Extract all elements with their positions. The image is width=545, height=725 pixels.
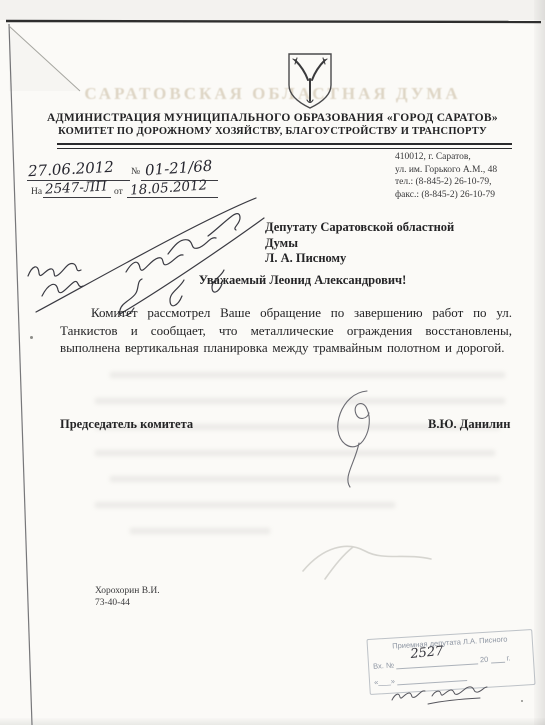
bleedthrough-line	[110, 476, 500, 482]
contact-block: 410012, г. Саратов, ул. им. Горького А.М…	[395, 151, 497, 201]
handwritten-resolution-scrawl	[22, 196, 272, 316]
saratov-coat-of-arms-icon	[278, 50, 342, 114]
signer-name: В.Ю. Данилин	[428, 417, 510, 432]
executor-name: Хорохорин В.И.	[95, 586, 160, 598]
bleedthrough-watermark-text: САРАТОВСКАЯ ОБЛАСТНАЯ ДУМА	[40, 84, 505, 104]
contact-fax: факс.: (8-845-2) 26-10-79	[395, 189, 497, 202]
recipient-block: Депутату Саратовской областной Думы Л. А…	[265, 220, 454, 267]
bleedthrough-line	[95, 502, 395, 508]
salutation: Уважаемый Леонид Александрович!	[130, 273, 475, 288]
recipient-line1: Депутату Саратовской областной	[265, 220, 454, 236]
scanner-background-strip	[0, 0, 545, 20]
body-paragraph: Комитет рассмотрел Ваше обращение по зав…	[60, 304, 512, 357]
bleedthrough-line	[95, 398, 505, 404]
stamp-year-line	[490, 654, 505, 664]
recipient-line2: Думы	[265, 236, 454, 252]
bleedthrough-signature	[295, 535, 455, 590]
bleedthrough-line	[95, 450, 495, 456]
stamp-title: Приемная депутата Л.А. Писного	[372, 633, 528, 652]
scan-speck	[521, 700, 523, 702]
signer-title: Председатель комитета	[60, 417, 193, 432]
outgoing-number-handwritten: 01-21/68	[144, 157, 212, 180]
stamp-vh-label: Вх. №	[373, 660, 394, 670]
handwritten-signature	[315, 385, 410, 490]
incoming-number-handwritten: 2547-ЛП	[45, 178, 108, 197]
org-name-line2: КОМИТЕТ ПО ДОРОЖНОМУ ХОЗЯЙСТВУ, БЛАГОУСТ…	[40, 126, 505, 137]
bleedthrough-line	[110, 372, 505, 378]
executor-phone: 73-40-44	[95, 598, 160, 610]
contact-phone: тел.: (8-845-2) 26-10-79,	[395, 176, 497, 189]
number-sign: №	[131, 167, 140, 177]
outgoing-date-handwritten: 27.06.2012	[28, 158, 115, 180]
page-bottom-edge-shadow	[0, 718, 545, 725]
contact-address-line1: 410012, г. Саратов,	[395, 151, 497, 164]
contact-address-line2: ул. им. Горького А.М., 48	[395, 164, 497, 177]
recipient-name: Л. А. Писному	[265, 251, 454, 267]
bleedthrough-line	[130, 528, 270, 534]
handwritten-note-squiggle	[388, 684, 498, 708]
stamp-year-suffix: г.	[506, 653, 510, 662]
scan-speck	[30, 336, 33, 339]
executor-block: Хорохорин В.И. 73-40-44	[95, 586, 160, 609]
page-right-edge-shadow	[534, 0, 545, 725]
scan-page-edges	[0, 0, 545, 725]
stamp-year-prefix: 20	[480, 655, 489, 664]
scanned-letter-page: САРАТОВСКАЯ ОБЛАСТНАЯ ДУМА АДМИНИСТРАЦИЯ…	[0, 0, 545, 725]
header-double-rule	[57, 143, 512, 149]
stamp-number-handwritten: 2527	[410, 644, 444, 662]
org-name-line1: АДМИНИСТРАЦИЯ МУНИЦИПАЛЬНОГО ОБРАЗОВАНИЯ…	[40, 112, 505, 124]
